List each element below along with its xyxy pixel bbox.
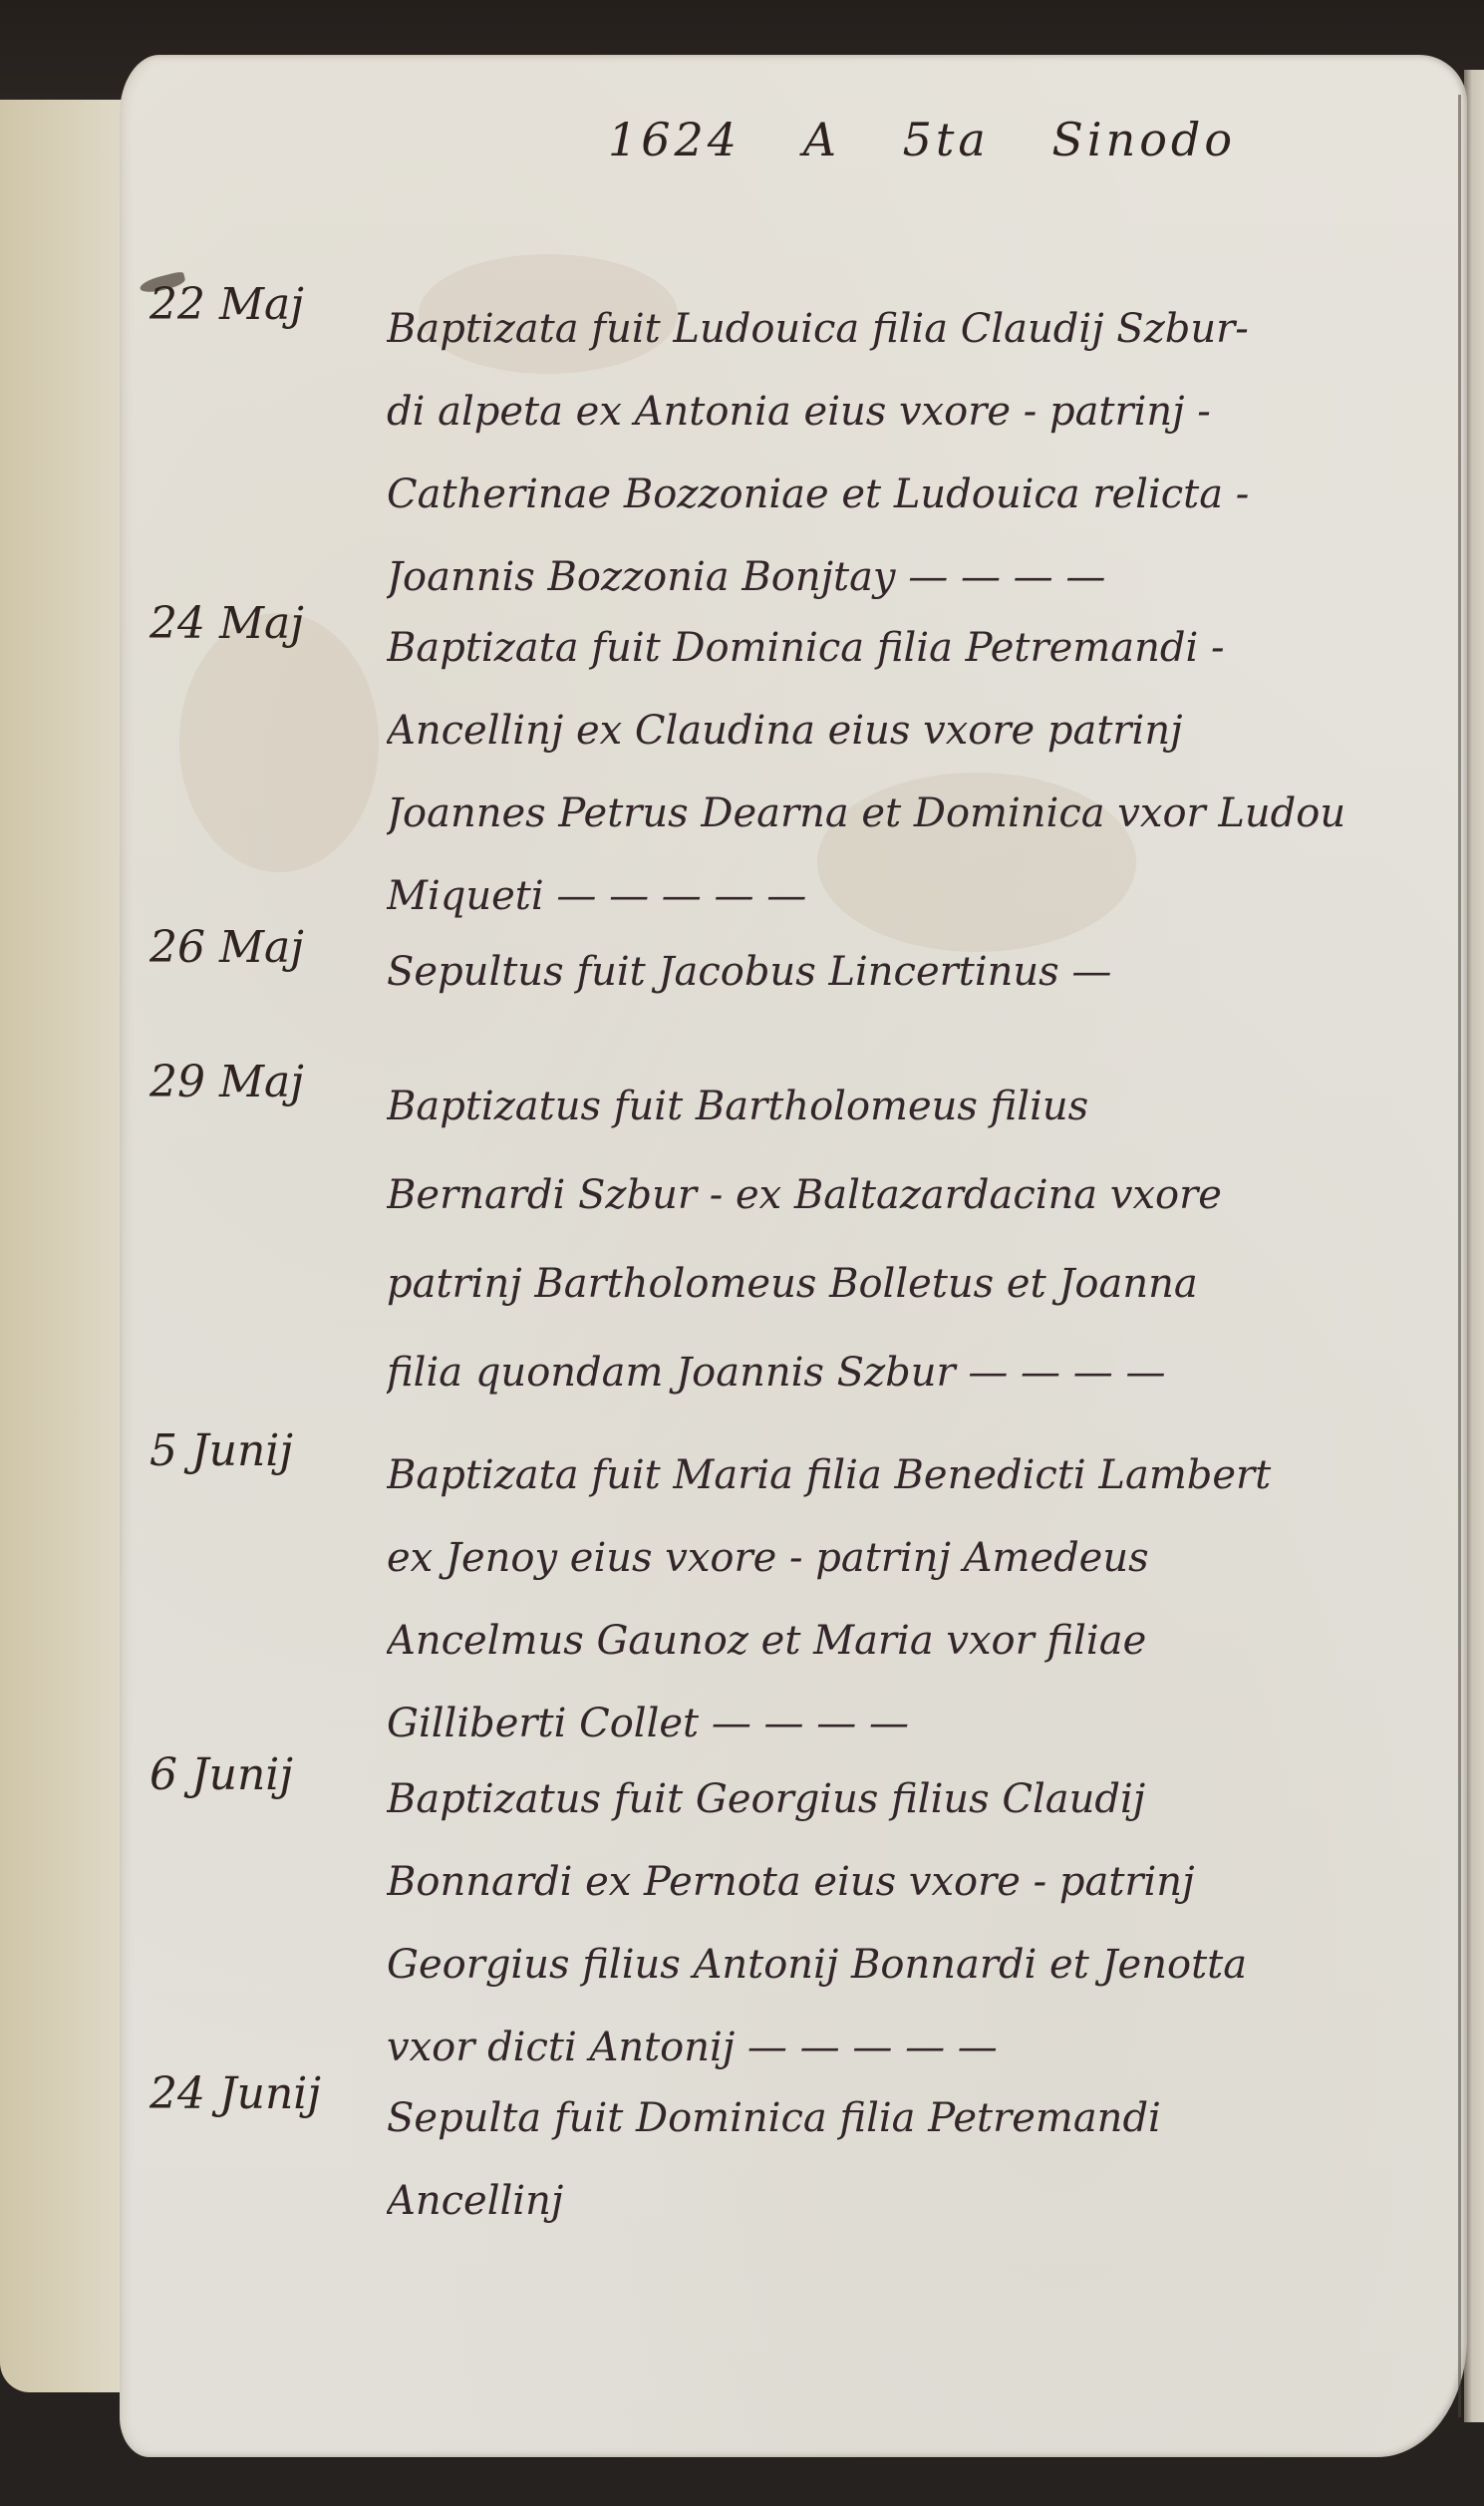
entry-date: 24 Maj [149,598,349,649]
header-word: Sinodo [1051,113,1236,166]
entry-date: 6 Junij [149,1749,349,1800]
entry-date: 26 Maj [149,922,349,973]
entry-date: 24 Junij [149,2068,349,2119]
page-header: 1624 A 5ta Sinodo [608,113,1280,166]
header-abbrev: A [803,113,840,166]
under-page-right-edge [1464,70,1484,2422]
page-fold-line [1458,95,1461,2417]
entry-text: Sepulta fuit Dominica filia Petremandi A… [387,2068,1443,2252]
entry-text: Baptizata fuit Dominica filia Petremandi… [387,598,1443,947]
entry-line: Bernardi Szbur - ex Baltazardacina vxore [387,1145,1443,1246]
paper-stain [179,613,379,872]
entry-text: Baptizata fuit Maria filia Benedicti Lam… [387,1425,1443,1774]
entry-text: Baptizatus fuit Bartholomeus filius Bern… [387,1057,1443,1423]
entry-line: Sepultus fuit Jacobus Lincertinus — [387,922,1443,1023]
entry-line: Baptizatus fuit Bartholomeus filius [387,1057,1443,1157]
entry-date: 5 Junij [149,1425,349,1476]
header-page-ref: 5ta [903,113,990,166]
entry-date: 29 Maj [149,1057,349,1107]
entry-text: Baptizatus fuit Georgius filius Claudij … [387,1749,1443,2098]
header-year: 1624 [608,113,741,166]
entry-text: Baptizata fuit Ludouica filia Claudij Sz… [387,279,1443,628]
scan-scene: 1624 A 5ta Sinodo 22 Maj Baptizata fuit … [0,0,1484,2506]
under-page-left-edge [0,100,140,2392]
entry-line: filia quondam Joannis Szbur — — — — [387,1323,1443,1423]
manuscript-page: 1624 A 5ta Sinodo 22 Maj Baptizata fuit … [120,55,1467,2457]
entry-text: Sepultus fuit Jacobus Lincertinus — [387,922,1443,1023]
entry-date: 22 Maj [149,279,349,330]
entry-line: patrinj Bartholomeus Bolletus et Joanna [387,1234,1443,1335]
